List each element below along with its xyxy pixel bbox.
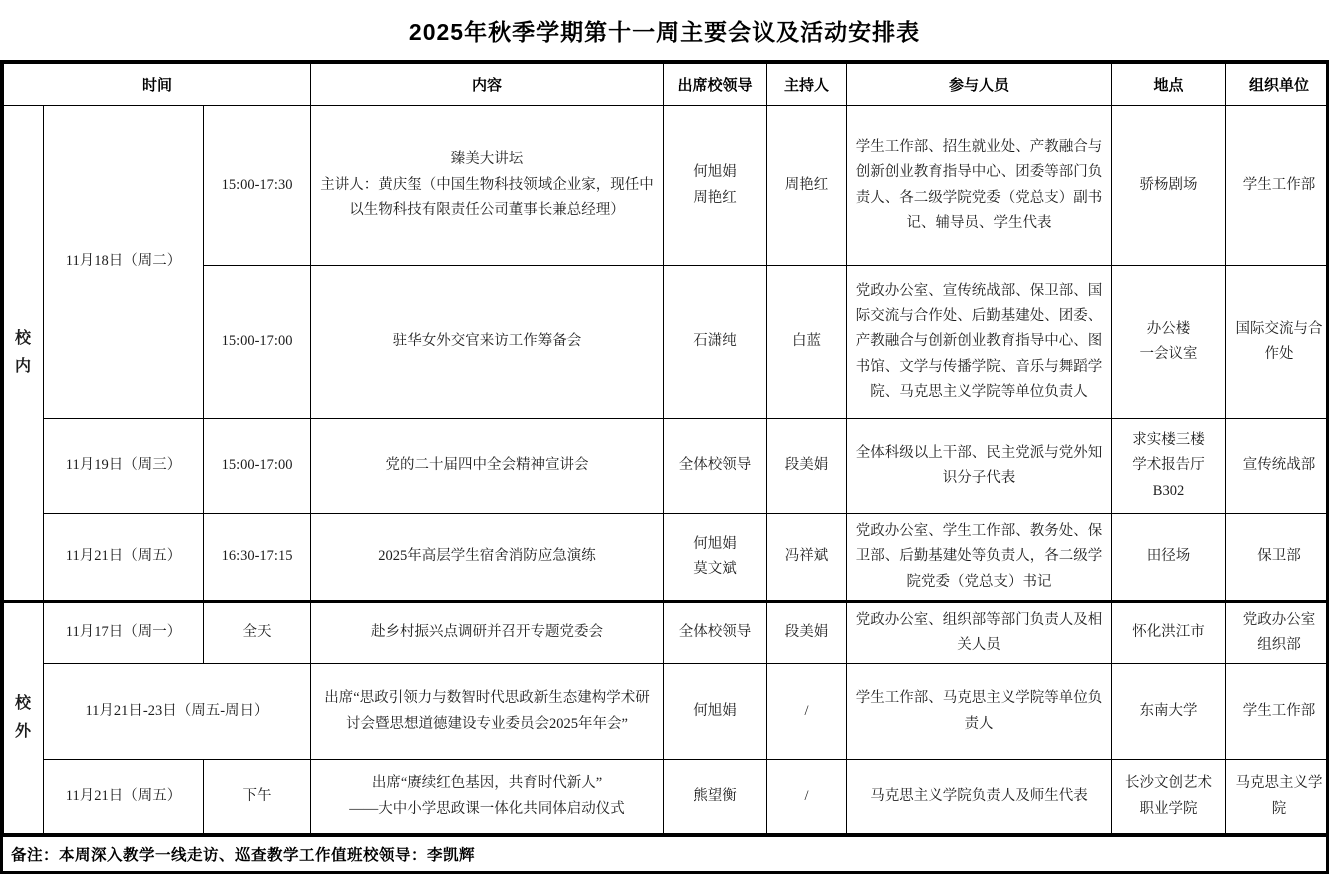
cell-date: 11月19日（周三） [44,419,204,514]
cell-content: 赴乡村振兴点调研并召开专题党委会 [311,602,664,664]
cell-date: 11月21日（周五） [44,760,204,834]
cell-participants: 学生工作部、马克思主义学院等单位负责人 [847,664,1112,760]
header-organizer: 组织单位 [1226,64,1329,106]
cell-participants: 全体科级以上干部、民主党派与党外知识分子代表 [847,419,1112,514]
table-row: 11月21日-23日（周五-周日） 出席“思政引领力与数智时代思政新生态建构学术… [4,664,1329,760]
table-row: 11月19日（周三） 15:00-17:00 党的二十届四中全会精神宣讲会 全体… [4,419,1329,514]
cell-host: 白蓝 [767,266,847,419]
section-label-on-campus: 校内 [4,106,44,602]
cell-leaders: 何旭娟 [664,664,767,760]
cell-organizer: 国际交流与合 作处 [1226,266,1329,419]
cell-organizer: 保卫部 [1226,514,1329,602]
schedule-table: 时间 内容 出席校领导 主持人 参与人员 地点 组织单位 校内 11月18日（周… [3,63,1329,834]
cell-host: 段美娟 [767,419,847,514]
header-time: 时间 [4,64,311,106]
cell-location: 长沙文创艺术 职业学院 [1112,760,1226,834]
cell-host: 周艳红 [767,106,847,266]
cell-participants: 党政办公室、宣传统战部、保卫部、国际交流与合作处、后勤基建处、团委、产教融合与创… [847,266,1112,419]
cell-content: 党的二十届四中全会精神宣讲会 [311,419,664,514]
table-body: 校内 11月18日（周二） 15:00-17:30 臻美大讲坛 主讲人：黄庆玺（… [4,106,1329,834]
cell-leaders: 全体校领导 [664,602,767,664]
cell-location: 骄杨剧场 [1112,106,1226,266]
cell-participants: 党政办公室、组织部等部门负责人及相关人员 [847,602,1112,664]
cell-location: 求实楼三楼 学术报告厅 B302 [1112,419,1226,514]
table-row: 11月21日（周五） 下午 出席“赓续红色基因，共育时代新人” ——大中小学思政… [4,760,1329,834]
cell-date: 11月17日（周一） [44,602,204,664]
cell-location: 田径场 [1112,514,1226,602]
cell-host: / [767,760,847,834]
header-leaders: 出席校领导 [664,64,767,106]
cell-time: 15:00-17:00 [204,266,311,419]
cell-host: 冯祥斌 [767,514,847,602]
header-content: 内容 [311,64,664,106]
cell-organizer: 宣传统战部 [1226,419,1329,514]
cell-time: 全天 [204,602,311,664]
table-frame: 时间 内容 出席校领导 主持人 参与人员 地点 组织单位 校内 11月18日（周… [0,60,1329,874]
header-host: 主持人 [767,64,847,106]
cell-time: 15:00-17:00 [204,419,311,514]
section-label-off-campus: 校外 [4,602,44,834]
table-row: 11月21日（周五） 16:30-17:15 2025年高层学生宿舍消防应急演练… [4,514,1329,602]
cell-leaders: 何旭娟 莫文斌 [664,514,767,602]
cell-participants: 学生工作部、招生就业处、产教融合与创新创业教育指导中心、团委等部门负责人、各二级… [847,106,1112,266]
cell-content: 出席“思政引领力与数智时代思政新生态建构学术研讨会暨思想道德建设专业委员会202… [311,664,664,760]
table-row: 校外 11月17日（周一） 全天 赴乡村振兴点调研并召开专题党委会 全体校领导 … [4,602,1329,664]
cell-organizer: 党政办公室 组织部 [1226,602,1329,664]
cell-location: 办公楼 一会议室 [1112,266,1226,419]
header-participants: 参与人员 [847,64,1112,106]
cell-leaders: 何旭娟 周艳红 [664,106,767,266]
cell-organizer: 学生工作部 [1226,664,1329,760]
cell-date: 11月21日-23日（周五-周日） [44,664,311,760]
cell-time: 下午 [204,760,311,834]
cell-organizer: 学生工作部 [1226,106,1329,266]
remarks-note: 备注：本周深入教学一线走访、巡查教学工作值班校领导：李凯辉 [3,834,1326,871]
cell-host: / [767,664,847,760]
cell-location: 东南大学 [1112,664,1226,760]
cell-time: 16:30-17:15 [204,514,311,602]
cell-content: 出席“赓续红色基因，共育时代新人” ——大中小学思政课一体化共同体启动仪式 [311,760,664,834]
page-title: 2025年秋季学期第十一周主要会议及活动安排表 [0,0,1329,60]
cell-date: 11月21日（周五） [44,514,204,602]
cell-content: 2025年高层学生宿舍消防应急演练 [311,514,664,602]
cell-leaders: 石潇纯 [664,266,767,419]
cell-date: 11月18日（周二） [44,106,204,419]
cell-organizer: 马克思主义学 院 [1226,760,1329,834]
cell-host: 段美娟 [767,602,847,664]
cell-location: 怀化洪江市 [1112,602,1226,664]
schedule-page: 2025年秋季学期第十一周主要会议及活动安排表 时间 内容 出席校领导 主持人 … [0,0,1329,878]
cell-content: 臻美大讲坛 主讲人：黄庆玺（中国生物科技领域企业家，现任中以生物科技有限责任公司… [311,106,664,266]
cell-leaders: 全体校领导 [664,419,767,514]
cell-time: 15:00-17:30 [204,106,311,266]
header-row: 时间 内容 出席校领导 主持人 参与人员 地点 组织单位 [4,64,1329,106]
table-row: 校内 11月18日（周二） 15:00-17:30 臻美大讲坛 主讲人：黄庆玺（… [4,106,1329,266]
cell-participants: 党政办公室、学生工作部、教务处、保卫部、后勤基建处等负责人，各二级学院党委（党总… [847,514,1112,602]
table-header: 时间 内容 出席校领导 主持人 参与人员 地点 组织单位 [4,64,1329,106]
cell-content: 驻华女外交官来访工作筹备会 [311,266,664,419]
cell-participants: 马克思主义学院负责人及师生代表 [847,760,1112,834]
cell-leaders: 熊望衡 [664,760,767,834]
header-location: 地点 [1112,64,1226,106]
